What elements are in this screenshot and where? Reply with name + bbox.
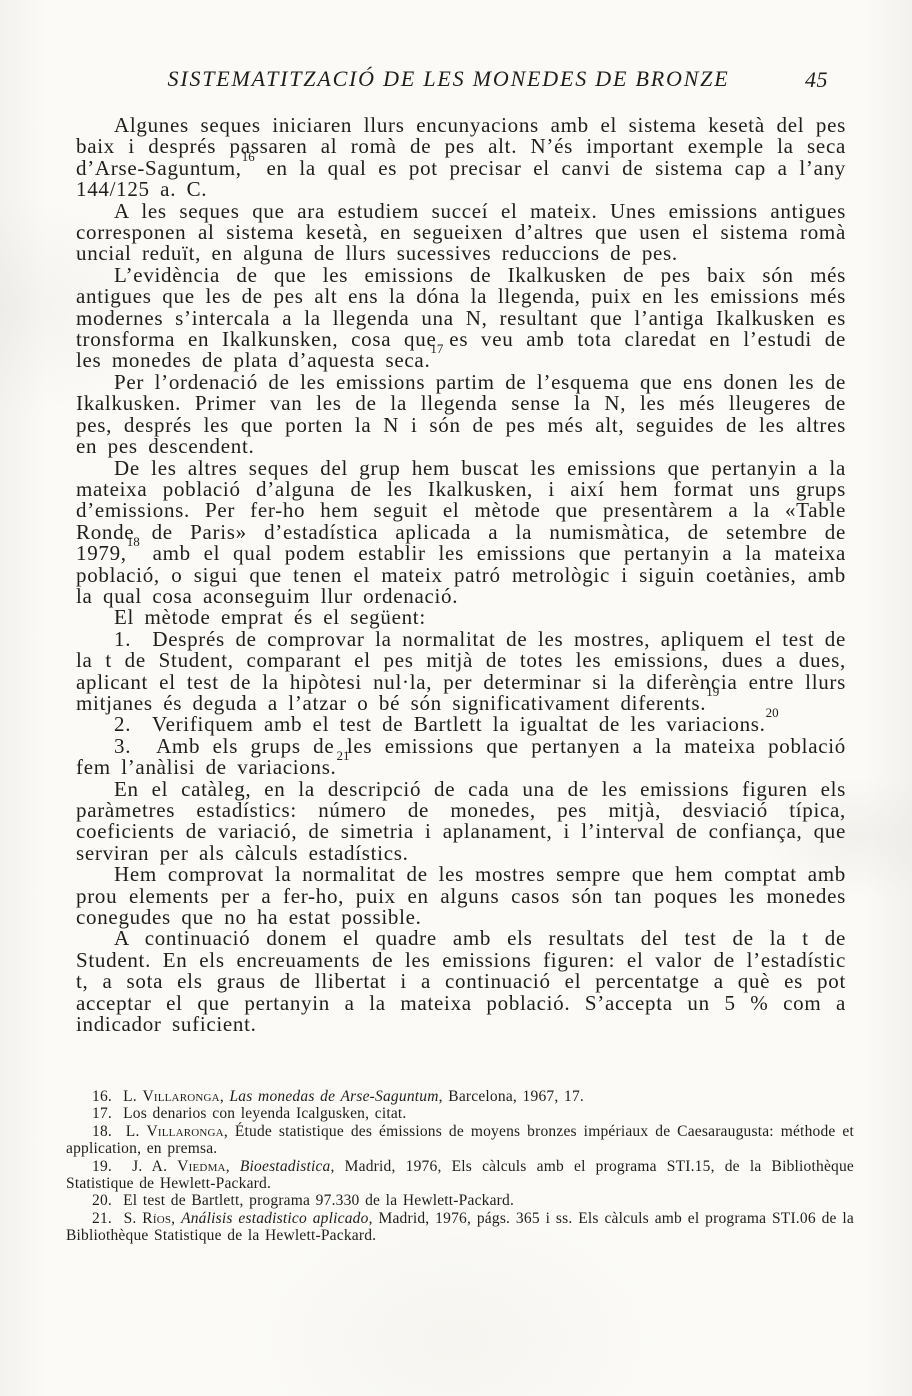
list-item-2: 2. Verifiquem amb el test de Bartlett la… [76, 714, 846, 735]
running-header: SISTEMATITZACIÓ DE LES MONEDES DE BRONZE… [76, 66, 846, 96]
footnote-18-author: Villaronga [146, 1123, 223, 1140]
footnote-16-author: Villaronga [142, 1088, 219, 1105]
paragraph-9: A continuació donem el quadre amb els re… [76, 928, 846, 1035]
footnote-17: 17. Los denarios con leyenda Icalgusken,… [66, 1105, 854, 1122]
list-item-1-text: 1. Després de comprovar la normalitat de… [76, 627, 846, 715]
footnote-21-author: Ríos [142, 1210, 171, 1227]
page-header-title: SISTEMATITZACIÓ DE LES MONEDES DE BRONZE [76, 66, 821, 92]
paragraph-3: L’evidència de que les emissions de Ikal… [76, 265, 846, 372]
paragraph-7: En el catàleg, en la descripció de cada … [76, 779, 846, 865]
footnote-ref-21: 21 [337, 748, 350, 763]
footnote-16: 16. L. Villaronga, Las monedas de Arse-S… [66, 1088, 854, 1105]
footnote-ref-16: 16 [242, 149, 255, 164]
body-text: Algunes seques iniciaren llurs encunyaci… [76, 115, 846, 1035]
paragraph-6: El mètode emprat és el següent: [76, 607, 846, 628]
paragraph-5: De les altres seques del grup hem buscat… [76, 458, 846, 608]
footnote-16-rest: , Barcelona, 1967, 17. [439, 1088, 584, 1105]
footnote-19: 19. J. A. Viedma, Bioestadistica, Madrid… [66, 1158, 854, 1193]
list-item-1: 1. Després de comprovar la normalitat de… [76, 629, 846, 715]
footnote-19-title: Bioestadistica [240, 1158, 331, 1175]
footnote-21-title: Análisis estadistico aplicado [181, 1210, 369, 1227]
footnote-19-author: Viedma [177, 1158, 225, 1175]
footnote-16-label: 16. L. [92, 1088, 142, 1105]
paragraph-5-continuation: amb el qual podem establir les emissions… [76, 541, 846, 608]
scanned-page: SISTEMATITZACIÓ DE LES MONEDES DE BRONZE… [0, 0, 912, 1396]
paragraph-1: Algunes seques iniciaren llurs encunyaci… [76, 115, 846, 201]
footnote-18-label: 18. L. [92, 1123, 146, 1140]
footnote-16-title: Las monedas de Arse-Saguntum [229, 1088, 438, 1105]
footnote-ref-20: 20 [766, 705, 779, 720]
list-item-3: 3. Amb els grups de les emissions que pe… [76, 736, 846, 779]
paragraph-4: Per l’ordenació de les emissions partim … [76, 372, 846, 458]
paragraph-3-text: L’evidència de que les emissions de Ikal… [76, 263, 846, 373]
footnote-18: 18. L. Villaronga, Étude statistique des… [66, 1123, 854, 1158]
footnotes-block: 16. L. Villaronga, Las monedas de Arse-S… [66, 1088, 854, 1245]
footnote-ref-19: 19 [706, 684, 719, 699]
list-item-3-text: 3. Amb els grups de les emissions que pe… [76, 734, 846, 779]
paragraph-2: A les seques que ara estudiem succeí el … [76, 201, 846, 265]
footnote-19-sep: , [226, 1158, 240, 1175]
footnote-ref-17: 17 [430, 341, 443, 356]
footnote-19-label: 19. J. A. [92, 1158, 177, 1175]
footnote-21-sep: , [171, 1210, 181, 1227]
footnote-ref-18: 18 [127, 534, 140, 549]
paragraph-8: Hem comprovat la normalitat de les mostr… [76, 864, 846, 928]
list-item-2-text: 2. Verifiquem amb el test de Bartlett la… [114, 712, 766, 736]
footnote-21-label: 21. S. [92, 1210, 142, 1227]
page-number: 45 [805, 67, 828, 93]
footnote-20: 20. El test de Bartlett, programa 97.330… [66, 1192, 854, 1209]
footnote-21: 21. S. Ríos, Análisis estadistico aplica… [66, 1210, 854, 1245]
